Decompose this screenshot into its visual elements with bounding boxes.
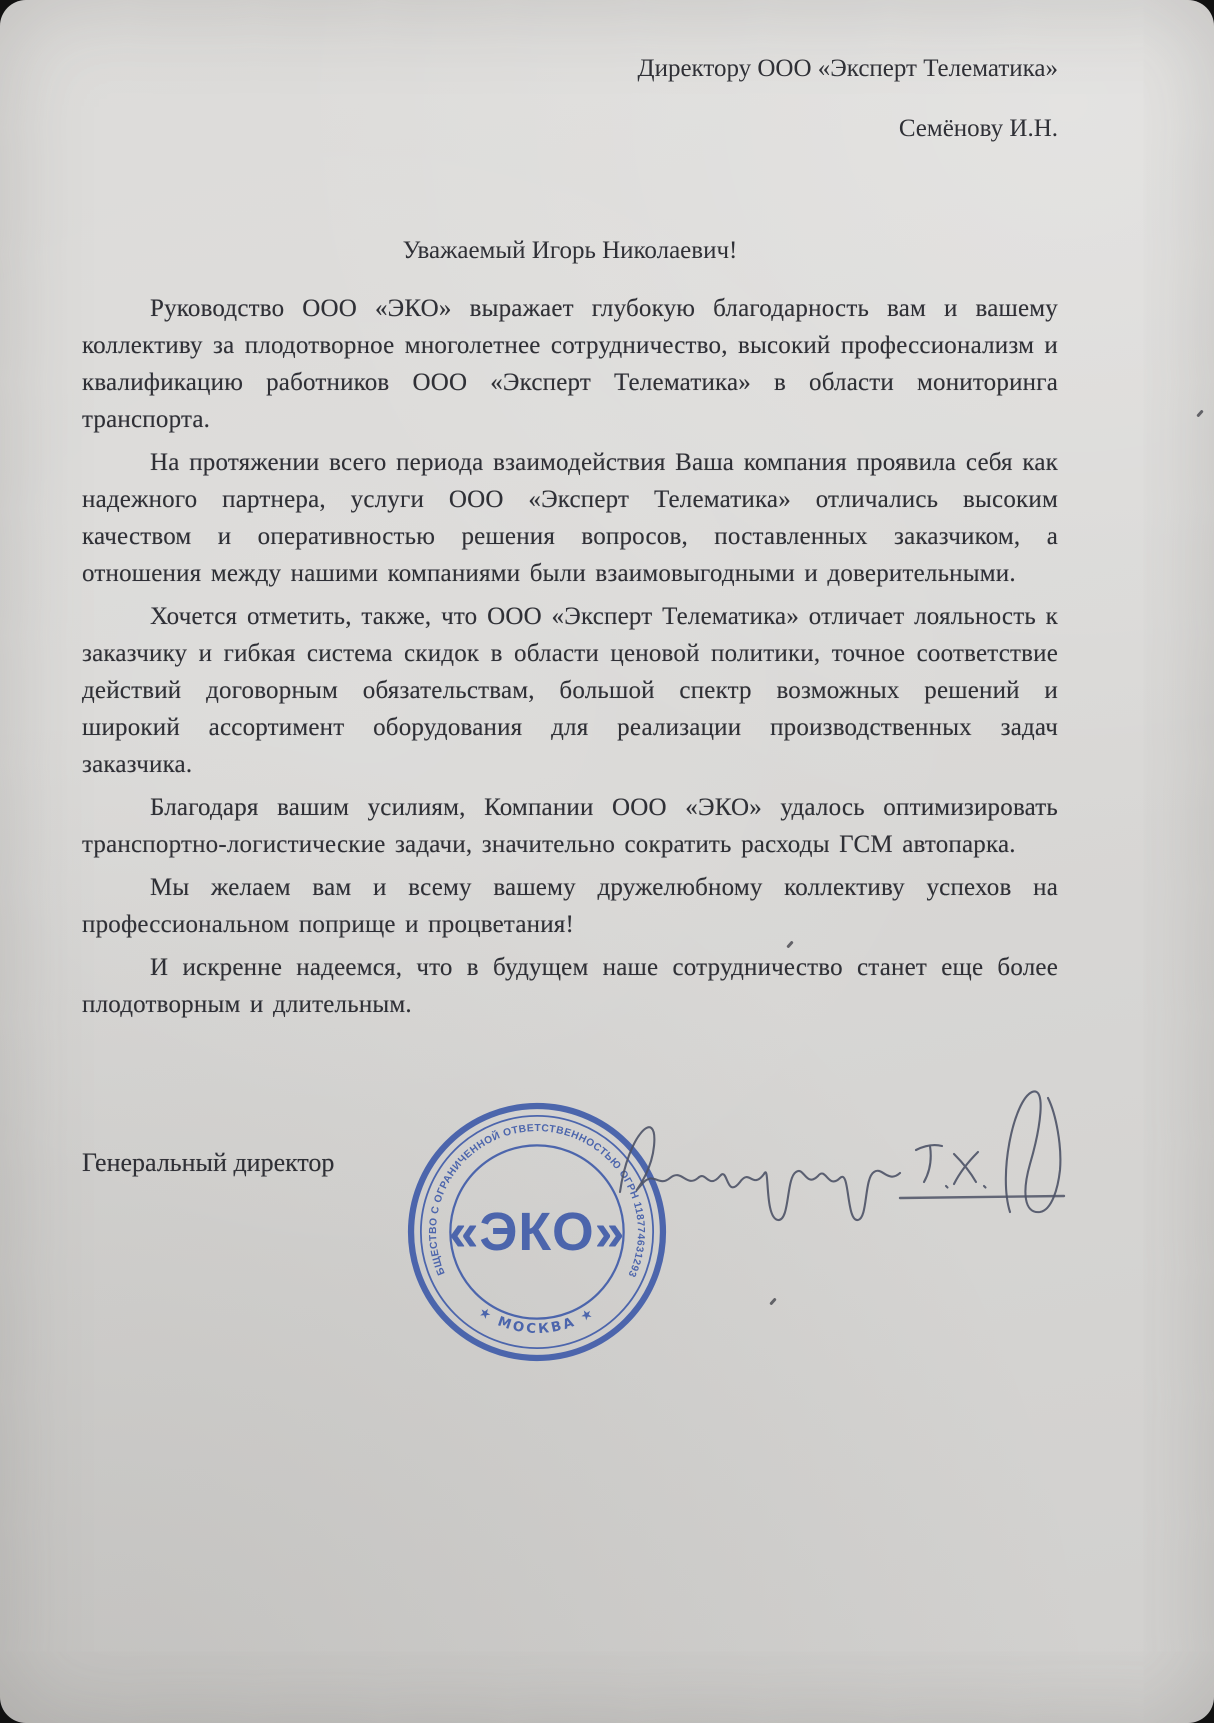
paragraph-5: Мы желаем вам и всему вашему дружелюбном… [82,869,1058,943]
scanned-letter-page: Директору ООО «Эксперт Телематика» Семён… [0,0,1214,1723]
paragraph-4: Благодаря вашим усилиям, Компании ООО «Э… [82,789,1058,863]
signer-title: Генеральный директор [82,1146,334,1180]
stamp-city-text: ★ МОСКВА ★ [476,1305,599,1337]
scan-speck [769,1298,777,1306]
paragraph-6: И искренне надеемся, что в будущем наше … [82,949,1058,1023]
recipient-line-1: Директору ООО «Эксперт Телематика» [82,52,1058,86]
recipient-line-2: Семёнову И.Н. [82,112,1058,146]
paragraph-2: На протяжении всего периода взаимодейств… [82,444,1058,592]
handwritten-signature [600,1070,1080,1240]
letter-body: Директору ООО «Эксперт Телематика» Семён… [0,0,1214,1023]
paragraph-3: Хочется отметить, также, что ООО «Экспер… [82,598,1058,783]
salutation: Уважаемый Игорь Николаевич! [82,234,1058,268]
stamp-center-text: «ЭКО» [449,1202,626,1262]
paragraphs: Руководство ООО «ЭКО» выражает глубокую … [82,290,1058,1023]
recipient-block: Директору ООО «Эксперт Телематика» Семён… [82,52,1058,146]
paragraph-1: Руководство ООО «ЭКО» выражает глубокую … [82,290,1058,438]
